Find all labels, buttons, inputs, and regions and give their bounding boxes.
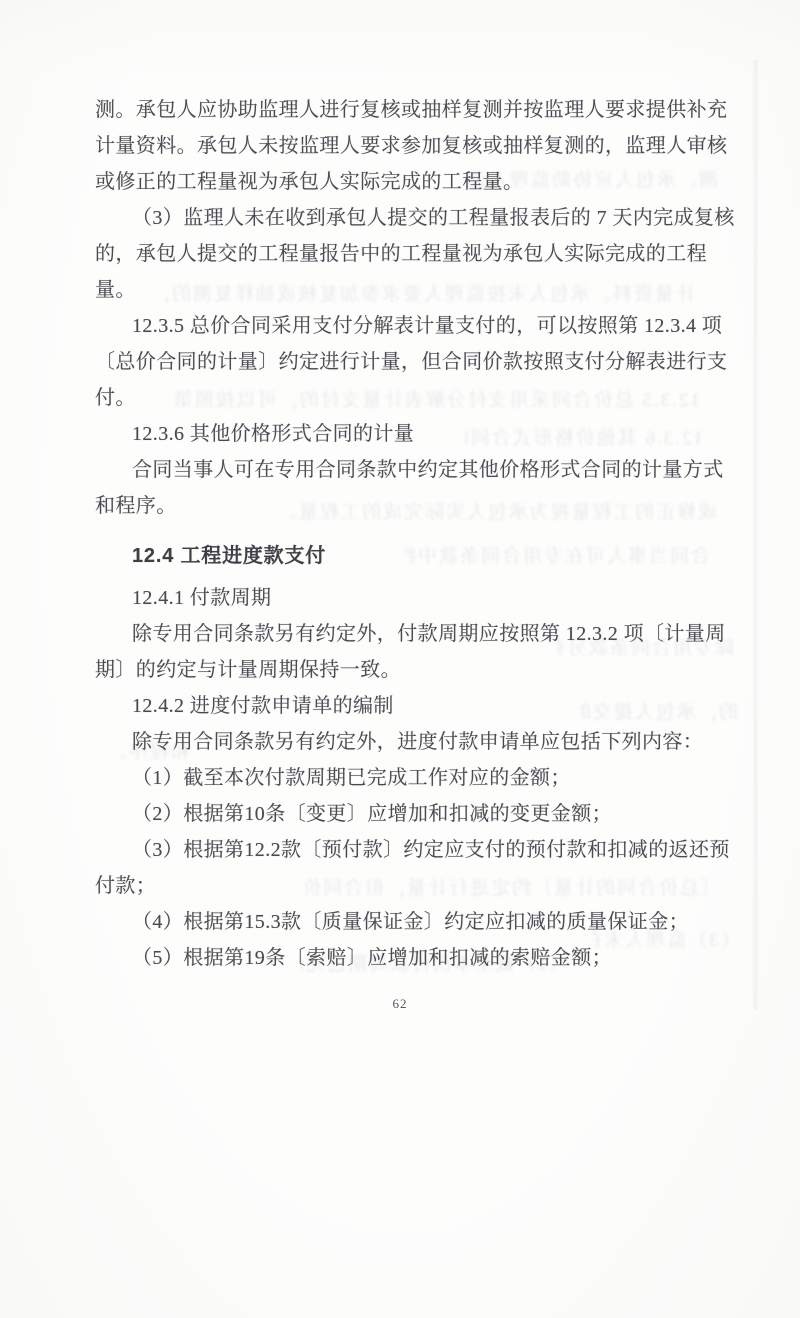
body-line: （3）监理人未在收到承包人提交的工程量报表后的 7 天内完成复核 xyxy=(95,200,713,236)
scan-streak-artifact xyxy=(752,60,759,1010)
body-line: 计量资料。承包人未按监理人要求参加复核或抽样复测的，监理人审核 xyxy=(95,128,713,164)
body-line: 合同当事人可在专用合同条款中约定其他价格形式合同的计量方式 xyxy=(95,452,713,488)
clause-12-4-2: 12.4.2 进度付款申请单的编制 xyxy=(95,688,713,724)
body-line: 测。承包人应协助监理人进行复核或抽样复测并按监理人要求提供补充 xyxy=(95,92,713,128)
body-line: 除专用合同条款另有约定外，进度付款申请单应包括下列内容： xyxy=(95,724,713,760)
contract-text-block: 测。承包人应协助监理人进行复核或抽样复测并按监理人要求提供补充 计量资料。承包人… xyxy=(95,92,713,976)
body-line: 或修正的工程量视为承包人实际完成的工程量。 xyxy=(95,164,713,200)
clause-12-3-6: 12.3.6 其他价格形式合同的计量 xyxy=(95,416,713,452)
clause-12-4-1: 12.4.1 付款周期 xyxy=(95,580,713,616)
scanned-contract-page: 测。承包人应协助监理人进行复核或抽样复测并按监理人要求提供补充 计量资料。承包人… xyxy=(0,0,800,1318)
list-item-1: （1）截至本次付款周期已完成工作对应的金额； xyxy=(95,760,713,796)
body-line: 付款； xyxy=(95,868,713,904)
body-line: 付。 xyxy=(95,380,713,416)
list-item-4: （4）根据第15.3款〔质量保证金〕约定应扣减的质量保证金； xyxy=(95,904,713,940)
page-number: 62 xyxy=(0,996,800,1012)
body-line: 期〕的约定与计量周期保持一致。 xyxy=(95,652,713,688)
body-line: 〔总价合同的计量〕约定进行计量，但合同价款按照支付分解表进行支 xyxy=(95,344,713,380)
body-line: 量。 xyxy=(95,272,713,308)
body-line: 的，承包人提交的工程量报告中的工程量视为承包人实际完成的工程 xyxy=(95,236,713,272)
list-item-5: （5）根据第19条〔索赔〕应增加和扣减的索赔金额； xyxy=(95,940,713,976)
body-line: 和程序。 xyxy=(95,488,713,524)
list-item-2: （2）根据第10条〔变更〕应增加和扣减的变更金额； xyxy=(95,796,713,832)
section-heading-12-4: 12.4 工程进度款支付 xyxy=(95,538,713,574)
clause-12-3-5: 12.3.5 总价合同采用支付分解表计量支付的，可以按照第 12.3.4 项 xyxy=(95,308,713,344)
body-line: 除专用合同条款另有约定外，付款周期应按照第 12.3.2 项〔计量周 xyxy=(95,616,713,652)
list-item-3: （3）根据第12.2款〔预付款〕约定应支付的预付款和扣减的返还预 xyxy=(95,832,713,868)
